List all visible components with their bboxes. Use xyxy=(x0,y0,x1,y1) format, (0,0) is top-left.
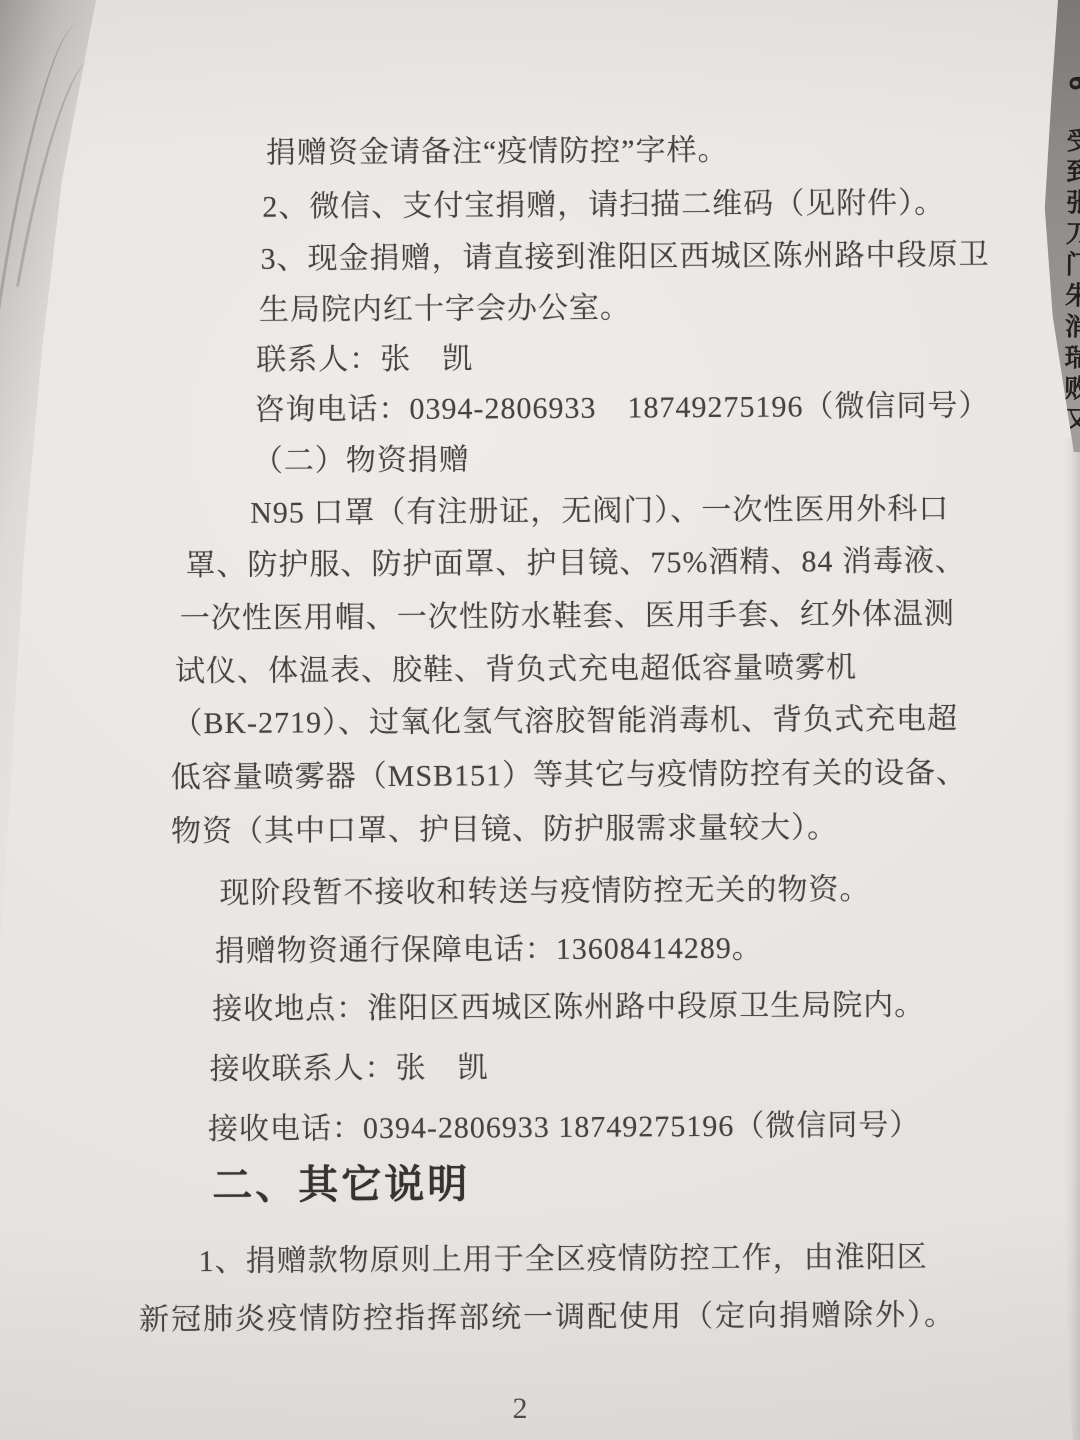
document-line: N95 口罩（有注册证，无阀门）、一次性医用外科口 xyxy=(250,484,949,532)
page-number: 2 xyxy=(0,1392,1040,1426)
document-line: 一次性医用帽、一次性防水鞋套、医用手套、红外体温测 xyxy=(180,588,955,637)
document-line: 新冠肺炎疫情防控指挥部统一调配使用（定向捐赠除外）。 xyxy=(139,1289,956,1338)
document-line: 1、捐赠款物原则上用于全区疫情防控工作，由淮阳区 xyxy=(199,1232,928,1280)
document-line: 3、现金捐赠，请直接到淮阳区西城区陈州路中段原卫 xyxy=(260,229,989,277)
document-line: 生局院内红十字会办公室。 xyxy=(259,282,631,328)
section-heading: 二、其它说明 xyxy=(212,1152,470,1211)
phone-line: 捐赠物资通行保障电话：13608414289。 xyxy=(215,923,763,970)
document-line: 物资（其中口罩、护目镜、防护服需求量较大）。 xyxy=(171,802,838,850)
document-line: 2、微信、支付宝捐赠，请扫描二维码（见附件）。 xyxy=(262,178,945,226)
document-line: 捐赠资金请备注“疫情防控”字样。 xyxy=(266,125,729,172)
contact-person-line: 接收联系人：张 凯 xyxy=(209,1042,488,1088)
subsection-heading: （二）物资捐赠 xyxy=(253,434,470,479)
contact-person-line: 联系人：张 凯 xyxy=(256,333,473,378)
address-line: 接收地点：淮阳区西城区陈州路中段原卫生局院内。 xyxy=(212,980,925,1028)
document-body: 捐赠资金请备注“疫情防控”字样。 2、微信、支付宝捐赠，请扫描二维码（见附件）。… xyxy=(0,0,1080,1440)
document-line: 试仪、体温表、胶鞋、背负式充电超低容量喷雾机 xyxy=(175,642,857,690)
phone-line: 咨询电话：0394-2806933 18749275196（微信同号） xyxy=(254,380,989,428)
document-line: 低容量喷雾器（MSB151）等其它与疫情防控有关的设备、 xyxy=(171,747,968,796)
photographed-document-page: 6、受到张刀门朱消瑞败又 捐赠资金请备注“疫情防控”字样。 2、微信、支付宝捐赠… xyxy=(0,0,1080,1440)
document-line: 现阶段暂不接收和转送与疫情防控无关的物资。 xyxy=(219,864,870,912)
document-line: （BK-2719）、过氧化氢气溶胶智能消毒机、背负式充电超 xyxy=(172,693,958,742)
document-line: 罩、防护服、防护面罩、护目镜、75%酒精、84 消毒液、 xyxy=(185,535,966,584)
phone-line: 接收电话：0394-2806933 18749275196（微信同号） xyxy=(208,1100,921,1148)
